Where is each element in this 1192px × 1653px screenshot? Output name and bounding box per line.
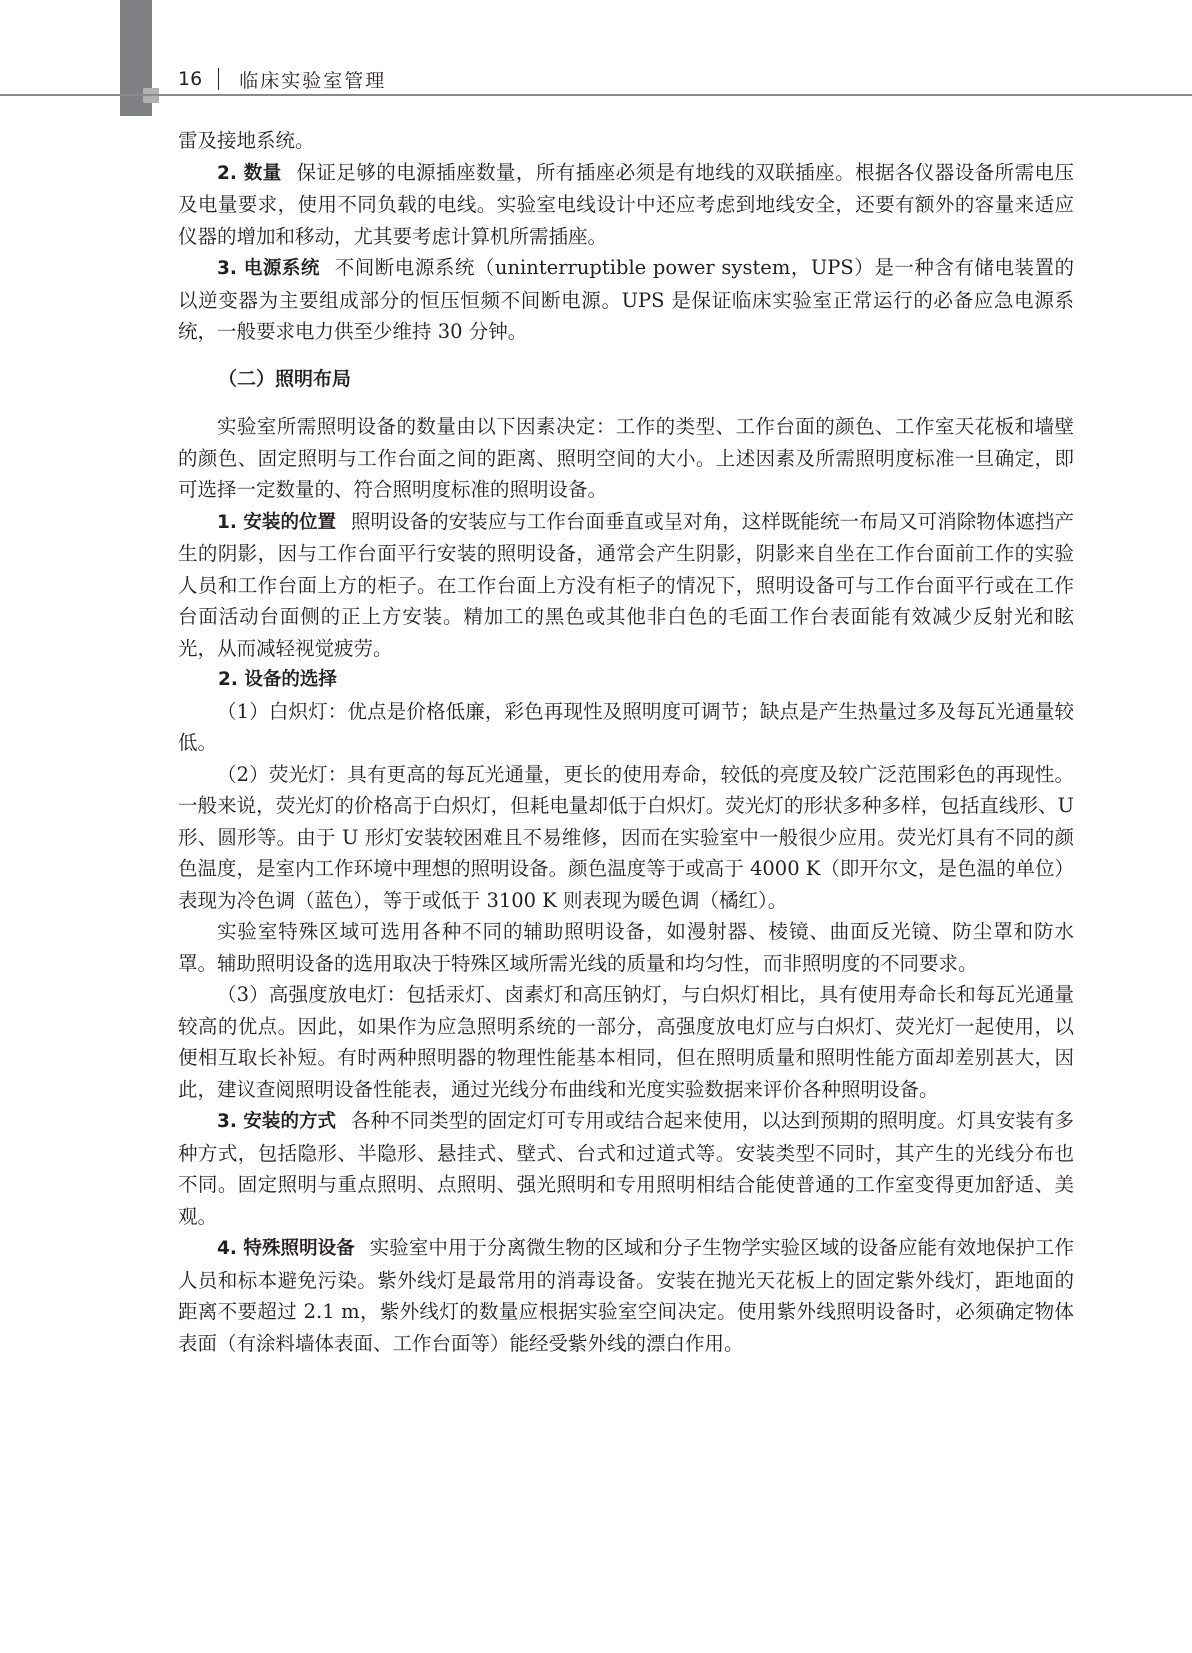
paragraph: （2）荧光灯：具有更高的每瓦光通量，更长的使用寿命，较低的亮度及较广泛范围彩色的… — [178, 759, 1074, 917]
paragraph-lead: 2. 数量 — [217, 163, 282, 184]
paragraph-quantity: 2. 数量保证足够的电源插座数量，所有插座必须是有地线的双联插座。根据各仪器设备… — [178, 157, 1074, 253]
paragraph-install-position: 1. 安装的位置照明设备的安装应与工作台面垂直或呈对角，这样既能统一布局又可消除… — [178, 506, 1074, 665]
running-header: 16 临床实验室管理 — [178, 64, 386, 94]
sub-heading: 2. 设备的选择 — [178, 664, 1074, 696]
page-number: 16 — [178, 68, 202, 90]
paragraph: （3）高强度放电灯：包括汞灯、卤素灯和高压钠灯，与白炽灯相比，具有使用寿命长和每… — [178, 979, 1074, 1105]
paragraph: 实验室特殊区域可选用各种不同的辅助照明设备，如漫射器、棱镜、曲面反光镜、防尘罩和… — [178, 916, 1074, 979]
header-rule — [0, 94, 1192, 96]
page-body: 雷及接地系统。 2. 数量保证足够的电源插座数量，所有插座必须是有地线的双联插座… — [178, 125, 1074, 1359]
paragraph-install-method: 3. 安装的方式各种不同类型的固定灯可专用或结合起来使用，以达到预期的照明度。灯… — [178, 1105, 1074, 1232]
paragraph-power-system: 3. 电源系统不间断电源系统（uninterruptible power sys… — [178, 252, 1074, 348]
paragraph: 实验室所需照明设备的数量由以下因素决定：工作的类型、工作台面的颜色、工作室天花板… — [178, 411, 1074, 506]
paragraph-text: 保证足够的电源插座数量，所有插座必须是有地线的双联插座。根据各仪器设备所需电压及… — [178, 161, 1074, 248]
paragraph-lead: 3. 安装的方式 — [217, 1111, 336, 1132]
header-separator — [218, 68, 219, 90]
paragraph: （1）白炽灯：优点是价格低廉，彩色再现性及照明度可调节；缺点是产生热量过多及每瓦… — [178, 696, 1074, 759]
paragraph: 雷及接地系统。 — [178, 125, 1074, 157]
book-title: 临床实验室管理 — [239, 66, 386, 93]
paragraph-lead: 3. 电源系统 — [217, 258, 320, 279]
paragraph-lead: 4. 特殊照明设备 — [217, 1238, 355, 1259]
section-heading: （二）照明布局 — [178, 364, 1074, 396]
paragraph-lead: 1. 安装的位置 — [217, 512, 336, 533]
paragraph-special-lighting: 4. 特殊照明设备实验室中用于分离微生物的区域和分子生物学实验区域的设备应能有效… — [178, 1232, 1074, 1359]
